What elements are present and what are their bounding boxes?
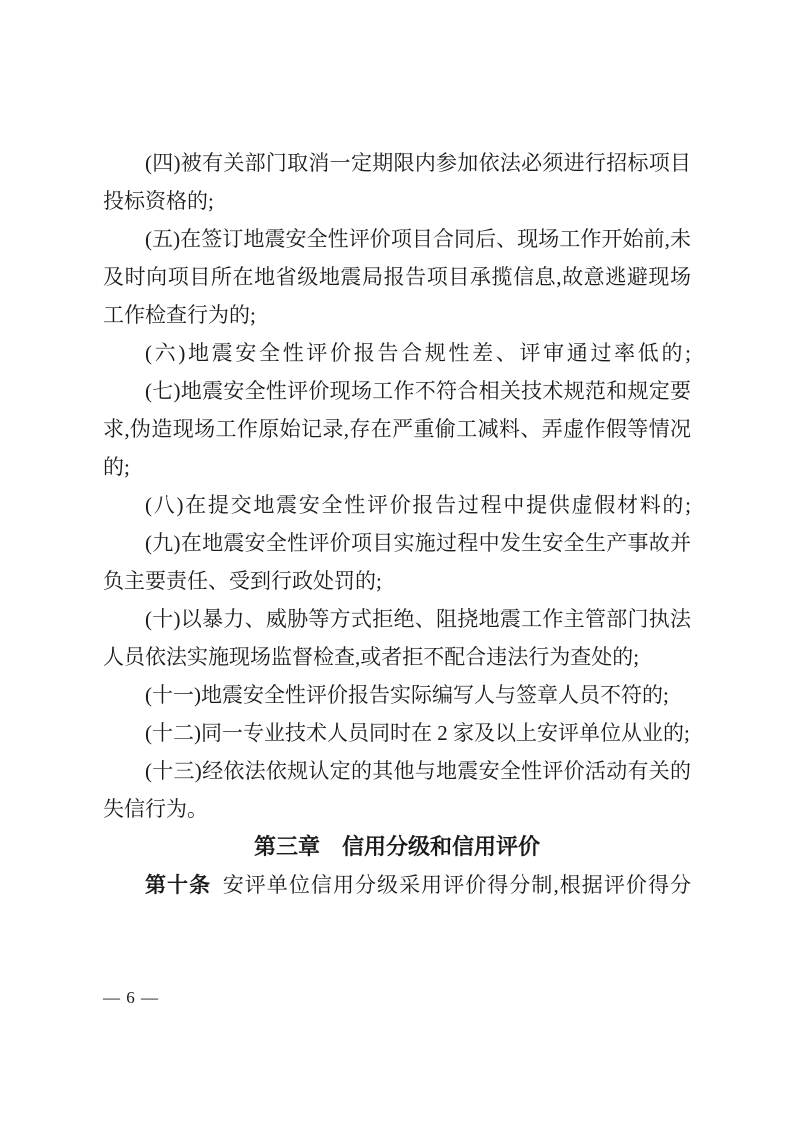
page-number: — 6 — — [103, 986, 159, 1010]
list-item-5: (五)在签订地震安全性评价项目合同后、现场工作开始前,未及时向项目所在地省级地震… — [103, 220, 691, 334]
chapter-heading: 第三章 信用分级和信用评价 — [103, 828, 691, 866]
list-item-7: (七)地震安全性评价现场工作不符合相关技术规范和规定要求,伪造现场工作原始记录,… — [103, 372, 691, 486]
document-body: (四)被有关部门取消一定期限内参加依法必须进行招标项目投标资格的; (五)在签订… — [103, 144, 691, 905]
list-item-11: (十一)地震安全性评价报告实际编写人与签章人员不符的; — [103, 676, 691, 714]
list-item-6: (六)地震安全性评价报告合规性差、评审通过率低的; — [103, 334, 691, 372]
list-item-9: (九)在地震安全性评价项目实施过程中发生安全生产事故并负主要责任、受到行政处罚的… — [103, 524, 691, 600]
list-item-8: (八)在提交地震安全性评价报告过程中提供虚假材料的; — [103, 486, 691, 524]
list-item-12: (十二)同一专业技术人员同时在 2 家及以上安评单位从业的; — [103, 714, 691, 752]
article-number-label: 第十条 — [145, 874, 211, 897]
article-text: 安评单位信用分级采用评价得分制,根据评价得分 — [223, 873, 691, 897]
article-paragraph: 第十条安评单位信用分级采用评价得分制,根据评价得分 — [103, 866, 691, 905]
list-item-13: (十三)经依法依规认定的其他与地震安全性评价活动有关的失信行为。 — [103, 752, 691, 828]
list-item-4: (四)被有关部门取消一定期限内参加依法必须进行招标项目投标资格的; — [103, 144, 691, 220]
list-item-10: (十)以暴力、威胁等方式拒绝、阻挠地震工作主管部门执法人员依法实施现场监督检查,… — [103, 600, 691, 676]
document-page: (四)被有关部门取消一定期限内参加依法必须进行招标项目投标资格的; (五)在签订… — [0, 0, 793, 1122]
